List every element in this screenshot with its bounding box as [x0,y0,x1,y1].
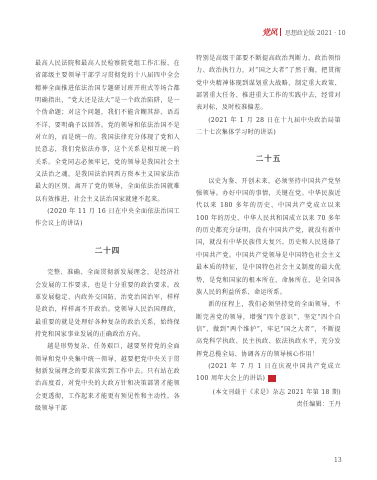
header-divider [280,28,281,36]
citation: (2021 年 7 月 1 日在庆祝中国共产党成立 100 周年大会上的讲话) … [196,361,341,386]
right-column: 特别是高级干部要不断提高政治判断力、政治领悟力、政治执行力，对“国之大者”了然于… [196,53,341,411]
paragraph: 以史为鉴、开创未来，必须坚持中国共产党坚强领导。办好中国的事情，关键在党。中华民… [196,176,341,299]
end-mark-icon: 5 [268,375,276,382]
citation: (2020 年 11 月 16 日在中央全面依法治国工作会议上的讲话) [35,206,180,231]
paragraph: 完整、准确、全面贯彻新发展理念，是经济社会发展的工作要求，也是十分重要的政治要求… [35,267,180,341]
citation: (2021 年 1 月 28 日在十九届中央政治局第二十七次集体学习时的讲话) [196,115,341,140]
editor-credit: 责任编辑：王丹 [196,399,341,411]
left-column: 最高人民法院和最高人民检察院党组工作汇报、在省部级主要领导干部学习贯彻党的十八届… [35,58,180,415]
issue-title: 思想政论版 2021 · 10 [285,28,346,37]
paragraph: 特别是高级干部要不断提高政治判断力、政治领悟力、政治执行力，对“国之大者”了然于… [196,53,341,115]
page-number: 13 [334,457,342,464]
section-heading: 二十五 [196,153,341,165]
paragraph: 最高人民法院和最高人民检察院党组工作汇报、在省部级主要领导干部学习贯彻党的十八届… [35,58,180,206]
paragraph: 新的征程上，我们必须坚持党的全面领导，不断完善党的领导，增强“四个意识”、坚定“… [196,299,341,361]
section-heading: 二十四 [35,245,180,257]
source-note: (本文刊载于《求是》杂志 2021 年第 18 期) [196,387,341,399]
page-header: 党风 思想政论版 2021 · 10 [262,26,346,38]
magazine-logo: 党风 [262,27,277,38]
paragraph: 越是形势复杂、任务艰巨，越要坚持党的全面领导和党中央集中统一领导，越要把党中央关… [35,341,180,415]
